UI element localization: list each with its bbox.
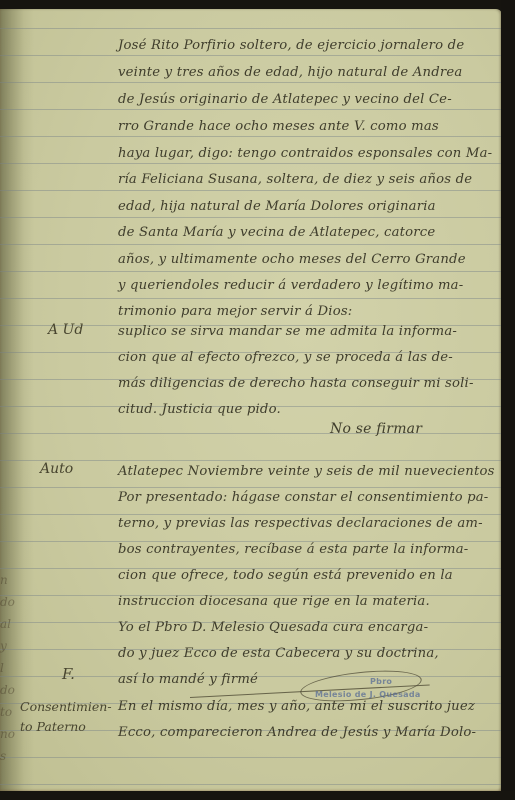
document-page: n do al y l do to no s José Rito Porfiri… [0, 9, 502, 792]
binding-bleed-through: n do al y l do to no s [0, 569, 22, 789]
scan-frame-bottom [0, 791, 515, 800]
margin-label-paterno: to Paterno [20, 719, 86, 734]
auto-line: terno, y previas las respectivas declara… [118, 516, 483, 531]
stamp-melesio-quesada: Melesio de J. Quesada [315, 690, 421, 699]
petition-line: veinte y tres años de edad, hijo natural… [118, 65, 462, 80]
margin-label-auto: Auto [40, 461, 73, 477]
consent-line: En el mismo día, mes y año, ante mi el s… [118, 699, 475, 714]
margin-label-consentimiento: Consentimien- [20, 699, 112, 714]
petition-line: años, y ultimamente ocho meses del Cerro… [118, 252, 466, 267]
auto-line: Atlatepec Noviembre veinte y seis de mil… [118, 464, 495, 479]
auto-line: Por presentado: hágase constar el consen… [118, 490, 488, 505]
auto-line: así lo mandé y firmé [118, 672, 258, 687]
petition-line: rro Grande hace ocho meses ante V. como … [118, 119, 439, 134]
petition-line: ría Feliciana Susana, soltera, de diez y… [118, 172, 472, 187]
request-line: cion que al efecto ofrezco, y se proceda… [118, 350, 453, 365]
auto-line: do y juez Ecco de esta Cabecera y su doc… [118, 646, 439, 661]
petition-line: de Santa María y vecina de Atlatepec, ca… [118, 225, 435, 240]
petition-line: José Rito Porfirio soltero, de ejercicio… [118, 38, 464, 53]
consent-line: Ecco, comparecieron Andrea de Jesús y Ma… [118, 725, 476, 740]
request-line: más diligencias de derecho hasta consegu… [118, 376, 474, 391]
request-line: citud. Justicia que pido. [118, 402, 281, 417]
request-line: suplico se sirva mandar se me admita la … [118, 324, 457, 339]
margin-label-a-ud: A Ud [48, 322, 83, 338]
auto-line: instruccion diocesana que rige en la mat… [118, 594, 430, 609]
signature-note: No se firmar [330, 421, 422, 437]
petition-line: trimonio para mejor servir á Dios: [118, 304, 352, 319]
petition-line: de Jesús originario de Atlatepec y vecin… [118, 92, 452, 107]
petition-line: edad, hija natural de María Dolores orig… [118, 199, 436, 214]
margin-mark-f: F. [62, 665, 75, 683]
auto-line: cion que ofrece, todo según está preveni… [118, 568, 453, 583]
petition-line: y queriendoles reducir á verdadero y leg… [118, 278, 463, 293]
petition-line: haya lugar, digo: tengo contraidos espon… [118, 146, 492, 161]
scan-frame-right [501, 0, 515, 800]
auto-line: Yo el Pbro D. Melesio Quesada cura encar… [118, 620, 428, 635]
stamp-pbro: Pbro [370, 677, 392, 686]
auto-line: bos contrayentes, recíbase á esta parte … [118, 542, 468, 557]
